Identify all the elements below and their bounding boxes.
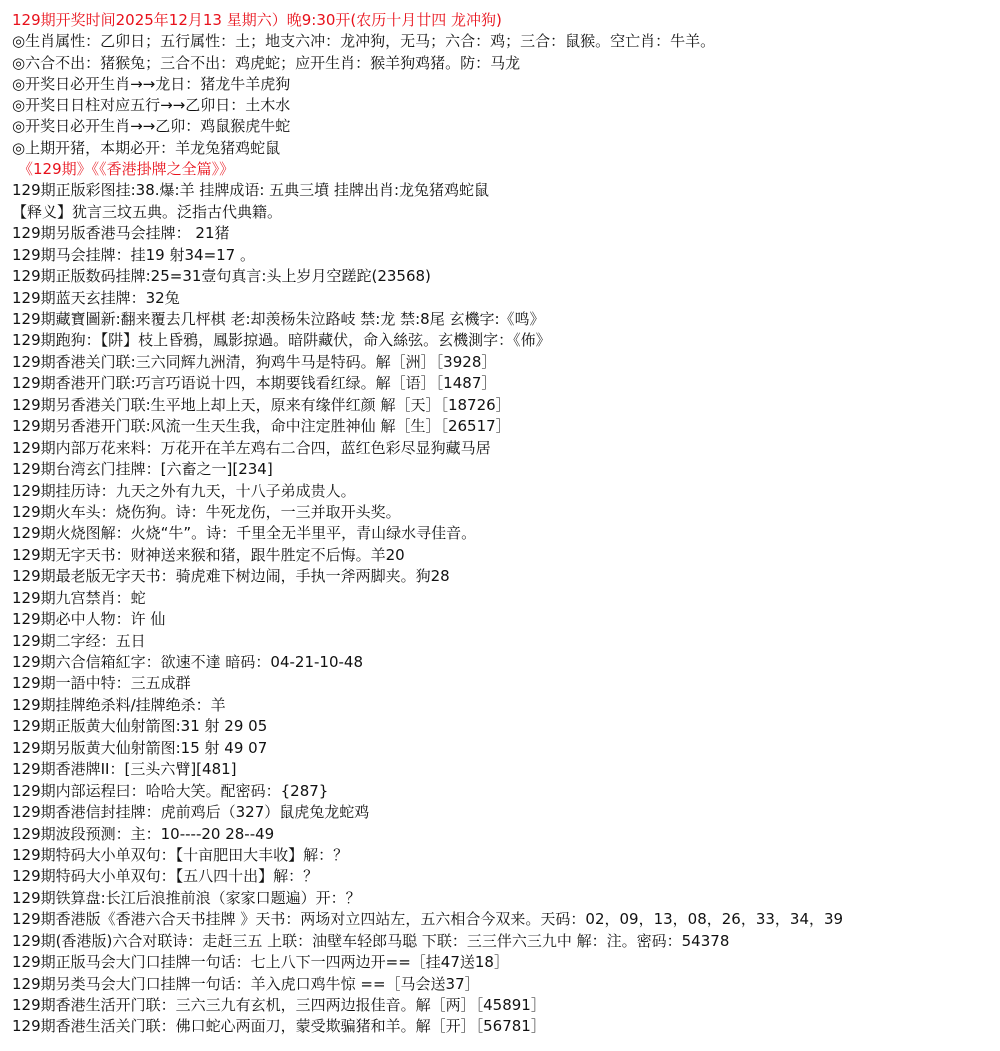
- attribute-line: ◎开奖日日柱对应五行→→乙卯日：土木水: [12, 95, 1000, 116]
- list-item: 【释义】犹言三坟五典。泛指古代典籍。: [12, 202, 1000, 223]
- list-item: 129期正版数码挂牌:25=31壹句真言:头上岁月空蹉跎(23568): [12, 266, 1000, 287]
- list-item: 129期另香港开门联:风流一生天生我，命中注定胜神仙 解［生］［26517］: [12, 416, 1000, 437]
- attribute-line: ◎开奖日必开生肖→→乙卯：鸡鼠猴虎牛蛇: [12, 116, 1000, 137]
- list-item: 129期跑狗：【阱】枝上昏鴉，鳳影掠過。暗阱藏伏，命入絲弦。玄機測字：《佈》: [12, 330, 1000, 351]
- document-page: 129期开奖时间2025年12月13 星期六）晚9:30开(农历十月廿四 龙冲狗…: [0, 0, 1000, 1038]
- list-item: 129期正版彩图挂:38.爆:羊 挂牌成语: 五典三墳 挂牌出肖:龙兔猪鸡蛇鼠: [12, 180, 1000, 201]
- list-item: 129期挂牌绝杀料/挂牌绝杀：羊: [12, 695, 1000, 716]
- entries-list: 129期正版彩图挂:38.爆:羊 挂牌成语: 五典三墳 挂牌出肖:龙兔猪鸡蛇鼠 …: [12, 180, 1000, 1038]
- attribute-line: ◎生肖属性：乙卯日；五行属性：土；地支六冲：龙冲狗，无马；六合：鸡；三合：鼠猴。…: [12, 31, 1000, 52]
- attribute-line: ◎上期开猪，本期必开：羊龙兔猪鸡蛇鼠: [12, 138, 1000, 159]
- list-item: 129期香港信封挂牌：虎前鸡后（327）鼠虎兔龙蛇鸡: [12, 802, 1000, 823]
- list-item: 129期火烧图解：火烧“牛”。诗：千里全无半里平，青山绿水寻佳音。: [12, 523, 1000, 544]
- list-item: 129期火车头：烧伤狗。诗：牛死龙伤，一三并取开头奖。: [12, 502, 1000, 523]
- list-item: 129期最老版无字天书：骑虎难下树边闹，手执一斧两脚夹。狗28: [12, 566, 1000, 587]
- list-item: 129期六合信箱紅字：欲速不達 暗码：04-21-10-48: [12, 652, 1000, 673]
- section-title: 《129期》《《香港掛牌之全篇》》: [12, 159, 1000, 180]
- list-item: 129期藏寶圖新:翻来覆去几枰棋 老:却羡杨朱泣路岐 禁:龙 禁:8尾 玄機字:…: [12, 309, 1000, 330]
- list-item: 129期香港生活关门联：佛口蛇心两面刀，蒙受欺骗猪和羊。解［开］［56781］: [12, 1016, 1000, 1037]
- list-item: 129期香港关门联:三六同辉九洲清，狗鸡牛马是特码。解［洲］［3928］: [12, 352, 1000, 373]
- list-item: 129期香港生活开门联：三六三九有玄机，三四两边报佳音。解［两］［45891］: [12, 995, 1000, 1016]
- list-item: 129期一語中特：三五成群: [12, 673, 1000, 694]
- list-item: 129期台湾玄门挂牌：[六畜之一][234]: [12, 459, 1000, 480]
- attribute-line: ◎开奖日必开生肖→→龙日：猪龙牛羊虎狗: [12, 74, 1000, 95]
- list-item: 129期另版黄大仙射箭图:15 射 49 07: [12, 738, 1000, 759]
- list-item: 129期正版马会大门口挂牌一句话：七上八下一四两边开==［挂47送18］: [12, 952, 1000, 973]
- list-item: 129期另香港关门联:生平地上却上天，原来有缘伴红颜 解［天］［18726］: [12, 395, 1000, 416]
- list-item: 129期必中人物：许 仙: [12, 609, 1000, 630]
- attribute-line: ◎六合不出：猪猴兔；三合不出：鸡虎蛇；应开生肖：猴羊狗鸡猪。防：马龙: [12, 53, 1000, 74]
- list-item: 129期挂历诗：九天之外有九天，十八子弟成贵人。: [12, 481, 1000, 502]
- list-item: 129期二字经：五日: [12, 631, 1000, 652]
- list-item: 129期香港开门联:巧言巧语说十四，本期要钱看红绿。解［语］［1487］: [12, 373, 1000, 394]
- list-item: 129期(香港版)六合对联诗：走赶三五 上联：油壁车轻郎马聪 下联：三三伴六三九…: [12, 931, 1000, 952]
- list-item: 129期香港版《香港六合天书挂牌 》天书：两场对立四站左，五六相合今双来。天码：…: [12, 909, 1000, 930]
- list-item: 129期九宫禁肖：蛇: [12, 588, 1000, 609]
- list-item: 129期香港牌II：[三头六臂][481]: [12, 759, 1000, 780]
- list-item: 129期蓝天玄挂牌：32兔: [12, 288, 1000, 309]
- list-item: 129期另类马会大门口挂牌一句话：羊入虎口鸡牛惊 ==［马会送37］: [12, 974, 1000, 995]
- list-item: 129期内部万花来料：万花开在羊左鸡右二合四，蓝红色彩尽显狗藏马居: [12, 438, 1000, 459]
- header-section: 129期开奖时间2025年12月13 星期六）晚9:30开(农历十月廿四 龙冲狗…: [12, 10, 1000, 180]
- list-item: 129期波段预测：主：10----20 28--49: [12, 824, 1000, 845]
- list-item: 129期铁算盘:长江后浪推前浪（家家口题遍）开：？: [12, 888, 1000, 909]
- list-item: 129期特码大小单双句：【十亩肥田大丰收】解：？: [12, 845, 1000, 866]
- list-item: 129期正版黄大仙射箭图:31 射 29 05: [12, 716, 1000, 737]
- list-item: 129期无字天书：财神送来猴和猪，跟牛胜定不后悔。羊20: [12, 545, 1000, 566]
- list-item: 129期马会挂牌：挂19 射34=17 。: [12, 245, 1000, 266]
- draw-time-title: 129期开奖时间2025年12月13 星期六）晚9:30开(农历十月廿四 龙冲狗…: [12, 10, 1000, 31]
- list-item: 129期另版香港马会挂牌： 21猪: [12, 223, 1000, 244]
- list-item: 129期特码大小单双句：【五八四十出】解：？: [12, 866, 1000, 887]
- list-item: 129期内部运程曰：哈哈大笑。配密码：{287}: [12, 781, 1000, 802]
